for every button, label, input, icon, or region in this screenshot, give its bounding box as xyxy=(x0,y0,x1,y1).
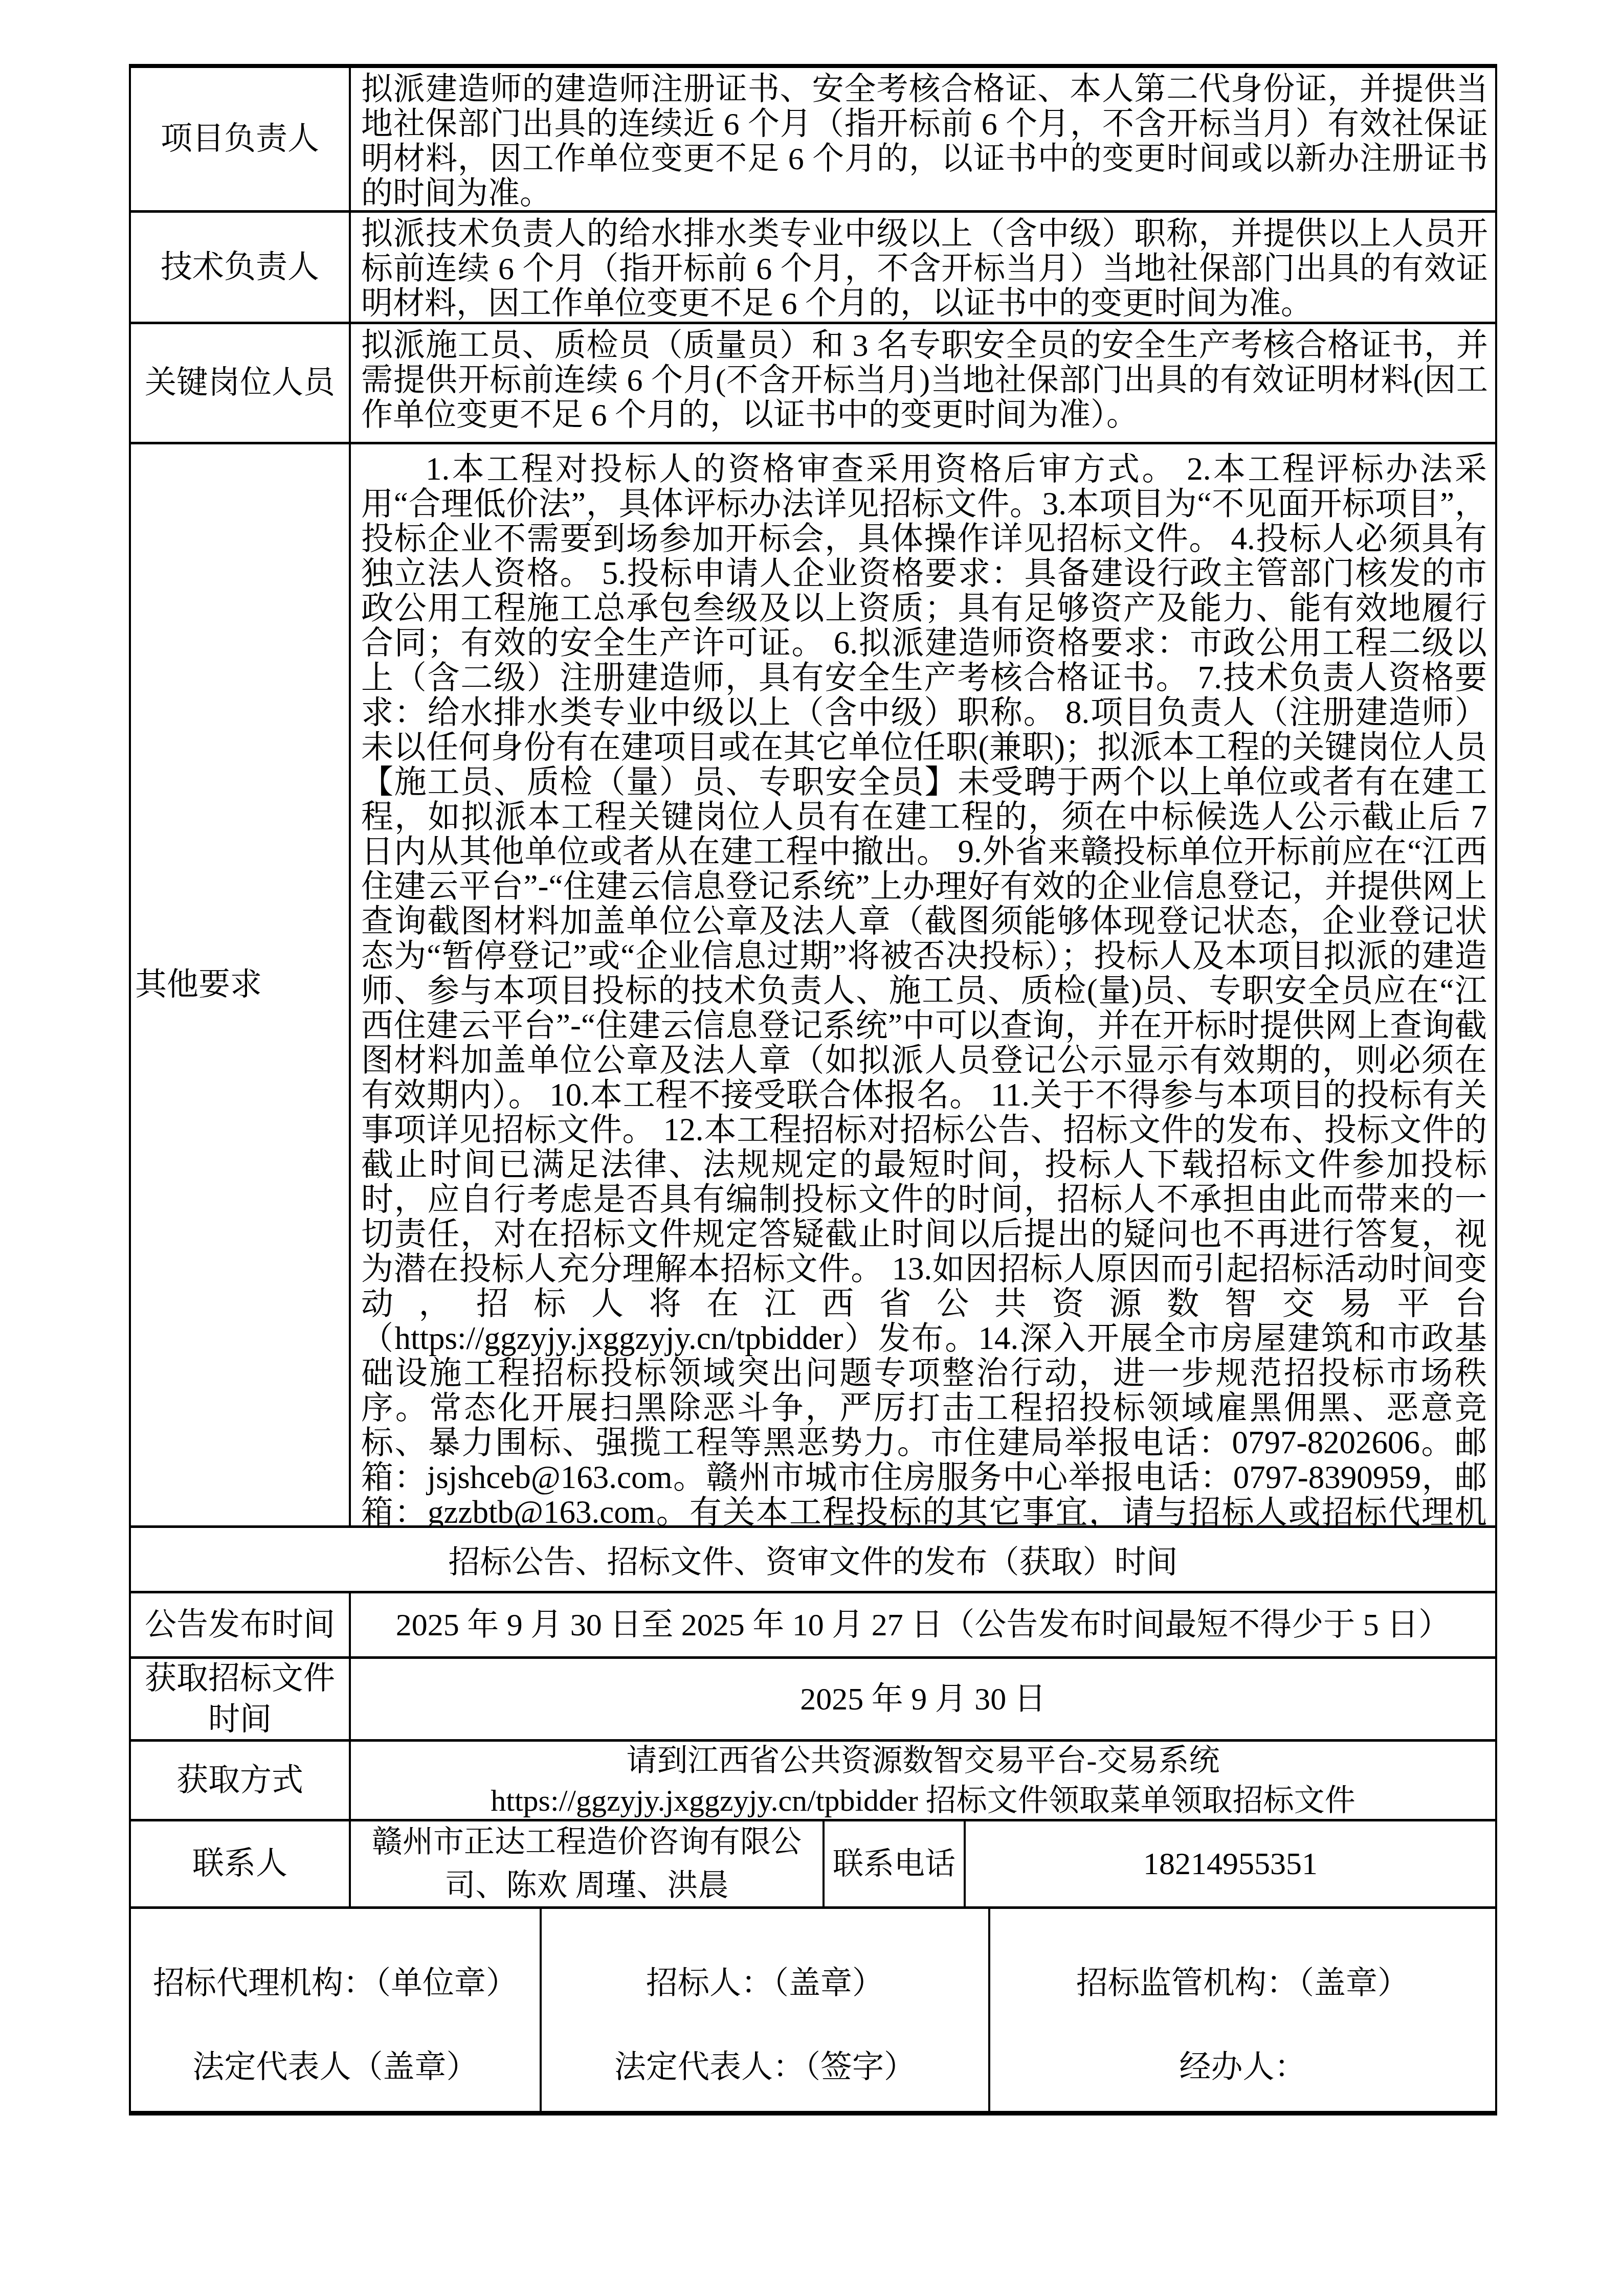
contact-phone-number: 18214955351 xyxy=(966,1821,1495,1906)
tenderer-seal-line: 招标人：（盖章） xyxy=(646,1966,884,2001)
key-position-personnel-requirements: 拟派施工员、质检员（质量员）和 3 名专职安全员的安全生产考核合格证书，并需提供… xyxy=(351,324,1495,442)
project-manager-requirements: 拟派建造师的建造师注册证书、安全考核合格证、本人第二代身份证，并提供当地社保部门… xyxy=(351,68,1495,210)
section-header-title: 招标公告、招标文件、资审文件的发布（获取）时间 xyxy=(131,1528,1495,1591)
announcement-publish-time-value: 2025 年 9 月 30 日至 2025 年 10 月 27 日（公告发布时间… xyxy=(351,1593,1495,1656)
row-key-position-personnel: 关键岗位人员 拟派施工员、质检员（质量员）和 3 名专职安全员的安全生产考核合格… xyxy=(131,324,1495,444)
agency-signature-column: 招标代理机构：（单位章） 法定代表人（盖章） xyxy=(131,1909,542,2111)
document-obtain-time-value: 2025 年 9 月 30 日 xyxy=(351,1659,1495,1739)
row-document-obtain-time: 获取招标文件 时间 2025 年 9 月 30 日 xyxy=(131,1659,1495,1742)
row-signature-block: 招标代理机构：（单位章） 法定代表人（盖章） 招标人：（盖章） 法定代表人：（签… xyxy=(131,1909,1495,2111)
row-contact: 联系人 赣州市正达工程造价咨询有限公 司、陈欢 周瑾、洪晨 联系电话 18214… xyxy=(131,1821,1495,1909)
row-section-header: 招标公告、招标文件、资审文件的发布（获取）时间 xyxy=(131,1528,1495,1593)
tenderer-signature-column: 招标人：（盖章） 法定代表人：（签字） xyxy=(542,1909,990,2111)
regulator-seal-line: 招标监管机构：（盖章） xyxy=(1076,1966,1409,2001)
agency-seal-line: 招标代理机构：（单位章） xyxy=(153,1966,518,2001)
contact-phone-label: 联系电话 xyxy=(825,1821,966,1906)
other-requirements-text: 1.本工程对投标人的资格审查采用资格后审方式。 2.本工程评标办法采用“合理低价… xyxy=(351,444,1495,1525)
agency-legal-representative-line: 法定代表人（盖章） xyxy=(192,2050,478,2085)
contact-name: 赣州市正达工程造价咨询有限公 司、陈欢 周瑾、洪晨 xyxy=(351,1821,825,1906)
contact-label: 联系人 xyxy=(131,1821,351,1906)
obtain-method-label: 获取方式 xyxy=(131,1742,351,1819)
row-technical-manager: 技术负责人 拟派技术负责人的给水排水类专业中级以上（含中级）职称，并提供以上人员… xyxy=(131,213,1495,324)
technical-manager-requirements: 拟派技术负责人的给水排水类专业中级以上（含中级）职称，并提供以上人员开标前连续 … xyxy=(351,213,1495,322)
announcement-publish-time-label: 公告发布时间 xyxy=(131,1593,351,1656)
tenderer-legal-representative-line: 法定代表人：（签字） xyxy=(614,2050,916,2085)
row-project-manager: 项目负责人 拟派建造师的建造师注册证书、安全考核合格证、本人第二代身份证，并提供… xyxy=(131,68,1495,213)
document-obtain-time-label: 获取招标文件 时间 xyxy=(131,1659,351,1739)
regulator-signature-column: 招标监管机构：（盖章） 经办人： xyxy=(990,1909,1495,2111)
row-obtain-method: 获取方式 请到江西省公共资源数智交易平台-交易系统 https://ggzyjy… xyxy=(131,1742,1495,1821)
project-manager-label: 项目负责人 xyxy=(131,68,351,210)
tender-notice-table: 项目负责人 拟派建造师的建造师注册证书、安全考核合格证、本人第二代身份证，并提供… xyxy=(129,64,1497,2115)
obtain-method-value: 请到江西省公共资源数智交易平台-交易系统 https://ggzyjy.jxgg… xyxy=(351,1742,1495,1819)
document-page: { "doc": { "colors": { "border": "#00000… xyxy=(0,0,1623,2296)
regulator-handler-line: 经办人： xyxy=(1179,2050,1306,2085)
technical-manager-label: 技术负责人 xyxy=(131,213,351,322)
other-requirements-label: 其他要求 xyxy=(131,444,351,1525)
row-announcement-publish-time: 公告发布时间 2025 年 9 月 30 日至 2025 年 10 月 27 日… xyxy=(131,1593,1495,1659)
key-position-personnel-label: 关键岗位人员 xyxy=(131,324,351,442)
row-other-requirements: 其他要求 1.本工程对投标人的资格审查采用资格后审方式。 2.本工程评标办法采用… xyxy=(131,444,1495,1528)
